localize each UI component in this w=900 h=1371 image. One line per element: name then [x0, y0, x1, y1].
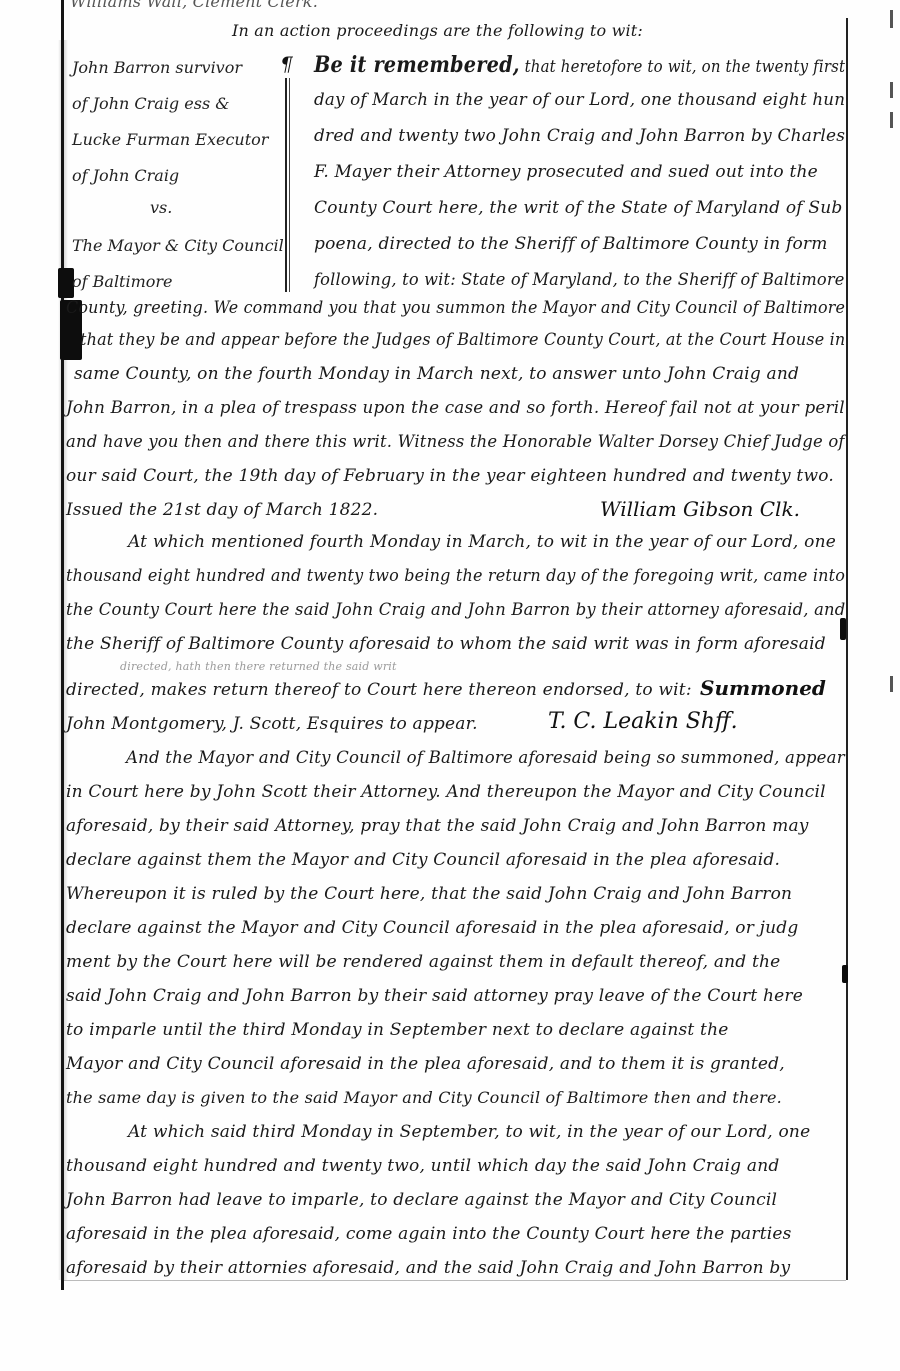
appearance-paragraph-line: ment by the Court here will be rendered …: [66, 952, 780, 972]
summoned-word: Summoned: [700, 676, 826, 700]
sheriff-signature: T. C. Leakin Shff.: [548, 709, 738, 734]
body-line: poena, directed to the Sheriff of Baltim…: [314, 234, 828, 254]
return-paragraph-line: At which mentioned fourth Monday in Marc…: [128, 532, 836, 552]
writ-line: same County, on the fourth Monday in Mar…: [74, 364, 799, 384]
margin-caption-versus: vs.: [150, 198, 172, 217]
writ-line: County, greeting. We command you that yo…: [66, 298, 845, 318]
scan-edge-mark: [890, 112, 893, 128]
imparlance-paragraph-line: aforesaid in the plea aforesaid, come ag…: [66, 1224, 792, 1244]
summoned-line: John Montgomery, J. Scott, Esquires to a…: [66, 714, 478, 734]
imparlance-paragraph-line: thousand eight hundred and twenty two, u…: [66, 1156, 779, 1176]
appearance-paragraph-line: Whereupon it is ruled by the Court here,…: [66, 884, 792, 904]
issued-line: Issued the 21st day of March 1822.: [66, 500, 378, 520]
ink-blot: [842, 965, 848, 983]
right-page-border: [846, 18, 848, 1280]
margin-caption-line: John Barron survivor: [72, 58, 242, 77]
opening-line-rest: that heretofore to wit, on the twenty fi…: [525, 57, 846, 77]
return-paragraph-line: the County Court here the said John Crai…: [66, 600, 845, 620]
appearance-paragraph-line: Mayor and City Council aforesaid in the …: [66, 1054, 785, 1074]
body-line: dred and twenty two John Craig and John …: [314, 126, 845, 146]
appearance-paragraph-line: in Court here by John Scott their Attorn…: [66, 782, 826, 802]
margin-mark-icon: ¶: [280, 52, 293, 76]
appearance-paragraph-line: aforesaid, by their said Attorney, pray …: [66, 816, 809, 836]
imparlance-paragraph-line: aforesaid by their attornies aforesaid, …: [66, 1258, 790, 1278]
writ-line: and have you then and there this writ. W…: [66, 432, 845, 452]
heading-text: In an action proceedings are the followi…: [232, 21, 643, 40]
writ-line: our said Court, the 19th day of February…: [66, 466, 834, 486]
ink-blot: [840, 618, 846, 640]
top-fragment-text: Williams Wall, Clement Clerk.: [70, 0, 318, 11]
margin-caption-line: of Baltimore: [72, 272, 173, 291]
opening-words: Be it remembered,: [314, 52, 520, 78]
appearance-paragraph-line: said John Craig and John Barron by their…: [66, 986, 803, 1006]
body-line: following, to wit: State of Maryland, to…: [314, 270, 845, 290]
appearance-paragraph-line: declare against them the Mayor and City …: [66, 850, 780, 870]
margin-caption-line: of John Craig ess &: [72, 94, 229, 113]
scan-edge-mark: [890, 82, 893, 98]
scanned-court-record-page: Williams Wall, Clement Clerk. In an acti…: [0, 0, 900, 1371]
return-paragraph-line: thousand eight hundred and twenty two be…: [66, 566, 845, 586]
body-line: day of March in the year of our Lord, on…: [314, 90, 845, 110]
return-paragraph-line: the Sheriff of Baltimore County aforesai…: [66, 634, 826, 654]
clerk-signature: William Gibson Clk.: [600, 497, 800, 521]
margin-caption-line: Lucke Furman Executor: [72, 130, 268, 149]
body-line: County Court here, the writ of the State…: [314, 198, 842, 218]
margin-double-rule: [285, 78, 287, 292]
appearance-paragraph-line: declare against the Mayor and City Counc…: [66, 918, 798, 938]
scan-edge-mark: [890, 676, 893, 692]
margin-caption-line: The Mayor & City Council: [72, 236, 284, 255]
left-page-border: [61, 0, 64, 1290]
appearance-paragraph-line: the same day is given to the said Mayor …: [66, 1088, 782, 1107]
imparlance-paragraph-line: At which said third Monday in September,…: [128, 1122, 810, 1142]
appearance-paragraph-line: to imparle until the third Monday in Sep…: [66, 1020, 729, 1040]
margin-double-rule-inner: [289, 78, 290, 292]
margin-caption-line: of John Craig: [72, 166, 179, 185]
body-line: F. Mayer their Attorney prosecuted and s…: [314, 162, 818, 182]
body-line: Be it remembered, that heretofore to wit…: [314, 52, 845, 78]
writ-line: that they be and appear before the Judge…: [80, 330, 845, 350]
imparlance-paragraph-line: John Barron had leave to imparle, to dec…: [66, 1190, 777, 1210]
bottom-page-edge: [64, 1280, 846, 1281]
scan-edge-mark: [890, 10, 893, 28]
writ-line: John Barron, in a plea of trespass upon …: [66, 398, 845, 418]
appearance-paragraph-line: And the Mayor and City Council of Baltim…: [126, 748, 845, 768]
faint-overwritten-line: directed, hath then there returned the s…: [120, 660, 397, 673]
return-paragraph-line: directed, makes return thereof to Court …: [66, 680, 692, 700]
